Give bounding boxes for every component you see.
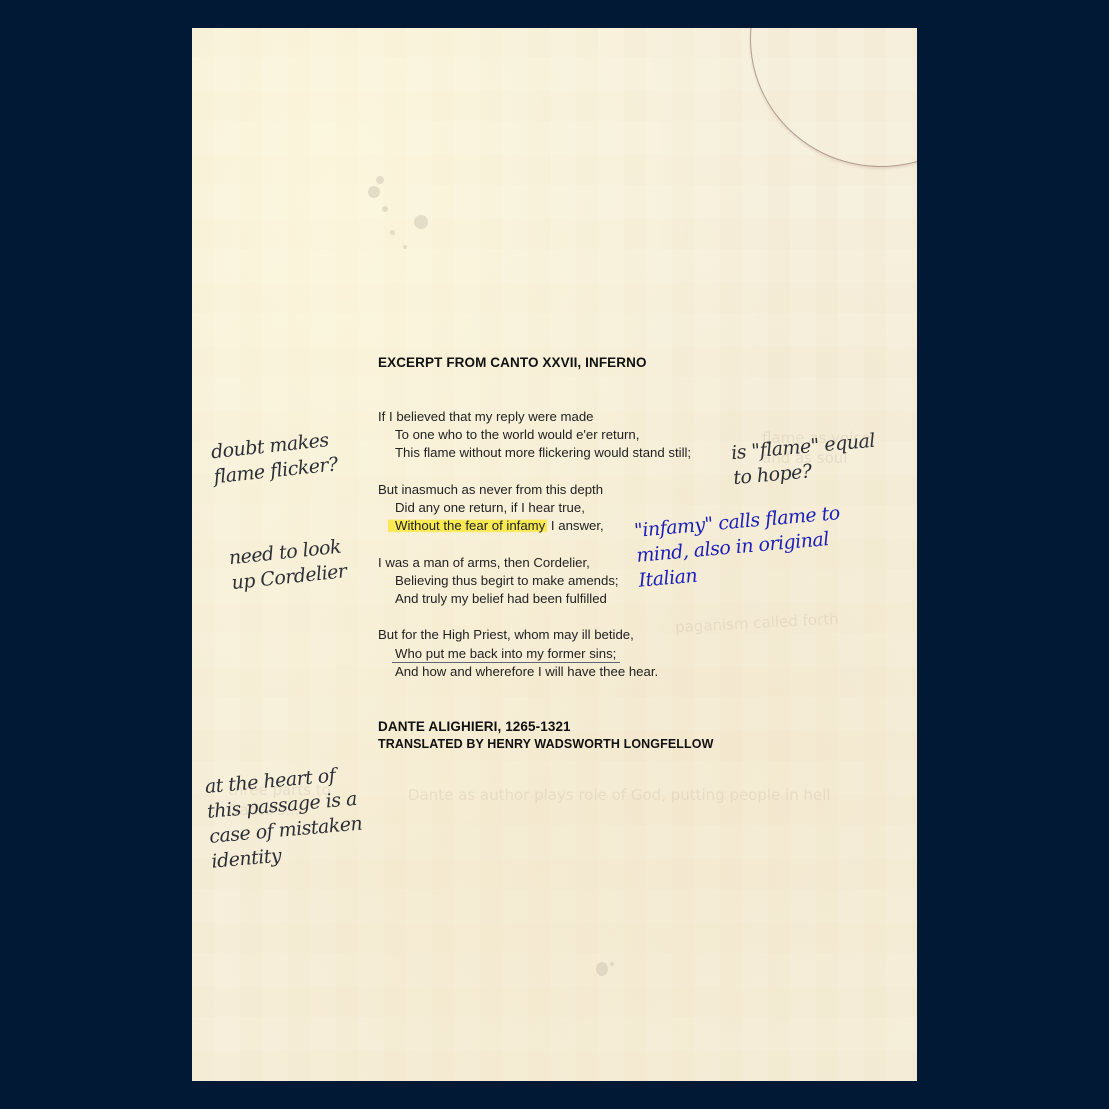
underlined-text: Who put me back into my former sins;	[392, 646, 620, 663]
annotation-cordelier: need to look up Cordelier	[228, 534, 353, 596]
faint-note-paganism: paganism called forth	[675, 609, 839, 638]
faint-note-dante-god: Dante as author plays role of God, putti…	[408, 785, 898, 805]
coffee-ring-stain	[750, 28, 917, 167]
ink-splatter	[390, 230, 395, 235]
annotation-heart: at the heart of this passage is a case o…	[204, 761, 370, 874]
ink-splatter	[414, 215, 428, 229]
ink-splatter	[610, 962, 614, 966]
poem-line: But inasmuch as never from this depth	[378, 481, 691, 499]
translator-credit: TRANSLATED BY HENRY WADSWORTH LONGFELLOW	[378, 737, 713, 751]
poem-line: To one who to the world would e'er retur…	[378, 426, 691, 444]
stanza: But for the High Priest, whom may ill be…	[378, 626, 691, 681]
poem-line: But for the High Priest, whom may ill be…	[378, 626, 691, 644]
stanza: If I believed that my reply were made To…	[378, 408, 691, 463]
poem-line: And how and wherefore I will have thee h…	[378, 663, 691, 681]
annotation-flame-hope: is "flame" equal to hope?	[730, 427, 899, 491]
poem-line: Did any one return, if I hear true,	[378, 499, 691, 517]
ink-splatter	[368, 186, 380, 198]
ink-splatter	[403, 245, 407, 249]
paper-page: EXCERPT FROM CANTO XXVII, INFERNO If I b…	[192, 28, 917, 1081]
poem-line-rest: I answer,	[547, 518, 603, 533]
ink-splatter	[596, 962, 608, 976]
ink-splatter	[382, 206, 388, 212]
annotation-doubt: doubt makes flame flicker?	[210, 424, 374, 490]
highlighted-text: Without the fear of infamy	[388, 518, 547, 533]
poem-line: If I believed that my reply were made	[378, 408, 691, 426]
ink-splatter	[376, 176, 384, 184]
author-credit: DANTE ALIGHIERI, 1265-1321	[378, 719, 571, 734]
poem-line: This flame without more flickering would…	[378, 444, 691, 462]
poem-line-underlined: Who put me back into my former sins;	[378, 645, 691, 663]
excerpt-heading: EXCERPT FROM CANTO XXVII, INFERNO	[378, 355, 647, 370]
